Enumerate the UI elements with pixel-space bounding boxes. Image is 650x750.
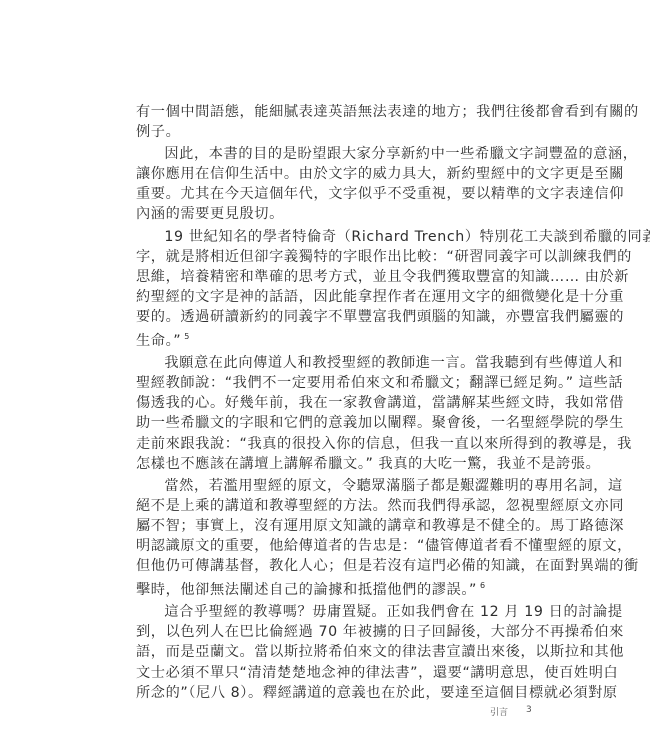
text-line: 屬不智；事實上，沒有運用原文知識的講章和教導是不健全的。馬丁路德深	[136, 516, 530, 536]
text-line: 當然，若濫用聖經的原文，令聽眾滿腦子都是艱澀難明的專用名詞，這	[136, 476, 530, 496]
text-line: 明認識原文的重要，他給傳道者的告忠是：“儘管傳道者看不懂聖經的原文，	[136, 536, 530, 556]
text-line: 我願意在此向傳道人和教授聖經的教師進一言。當我聽到有些傳道人和	[136, 353, 530, 373]
text-line: 19 世紀知名的學者特倫奇（Richard Trench）特別花工夫談到希臘的同…	[136, 227, 530, 247]
paragraph-6: 這合乎聖經的教導嗎？毋庸置疑。正如我們會在 12 月 19 日的討論提 到，以色…	[136, 602, 530, 702]
text-line: 文士必須不單只“清清楚楚地念神的律法書”，還要“講明意思，使百姓明白	[136, 663, 530, 683]
text-line: 走前來跟我說：“我真的很投入你的信息，但我一直以來所得到的教導是，我	[136, 434, 530, 454]
text-line: 例子。	[136, 122, 530, 142]
text-line: 怎樣也不應該在講壇上講解希臘文。” 我真的大吃一驚，我並不是誇張。	[136, 454, 530, 474]
paragraph-5: 當然，若濫用聖經的原文，令聽眾滿腦子都是艱澀難明的專用名詞，這 絕不是上乘的講道…	[136, 476, 530, 601]
paragraph-1: 有一個中間語態，能細膩表達英語無法表達的地方；我們往後都會看到有關的 例子。	[136, 102, 530, 142]
text-line: 到，以色列人在巴比倫經過 70 年被擄的日子回歸後，大部分不再操希伯來	[136, 622, 530, 642]
footnote-marker: 5	[184, 332, 190, 341]
text-line: 重要。尤其在今天這個年代，文字似乎不受重視，要以精準的文字表達信仰	[136, 184, 530, 204]
text-line: 絕不是上乘的講道和教導聖經的方法。然而我們得承認，忽視聖經原文亦同	[136, 496, 530, 516]
text-line-content: 生命。”	[136, 333, 181, 349]
book-page: 有一個中間語態，能細膩表達英語無法表達的地方；我們往後都會看到有關的 例子。 因…	[0, 0, 650, 750]
paragraph-4: 我願意在此向傳道人和教授聖經的教師進一言。當我聽到有些傳道人和 聖經教師說：“我…	[136, 353, 530, 474]
body-text: 有一個中間語態，能細膩表達英語無法表達的地方；我們往後都會看到有關的 例子。 因…	[136, 102, 530, 705]
text-line: 所念的”（尼八 8）。釋經講道的意義也在於此，要達至這個目標就必須對原	[136, 683, 530, 703]
text-line: 要的。透過研讀新約的同義字不單豐富我們頭腦的知識，亦豐富我們屬靈的	[136, 307, 530, 327]
text-line: 助一些希臘文的字眼和它們的意義加以闡釋。聚會後，一名聖經學院的學生	[136, 413, 530, 433]
text-line-content: 擊時，他卻無法闡述自己的論據和抵擋他們的謬誤。”	[136, 582, 477, 598]
text-line: 擊時，他卻無法闡述自己的論據和抵擋他們的謬誤。”6	[136, 576, 530, 600]
text-line: 讓你應用在信仰生活中。由於文字的威力具大，新約聖經中的文字更是至關	[136, 164, 530, 184]
page-footer: 引言 3	[480, 704, 540, 720]
text-line: 但他仍可傳講基督，教化人心；但是若沒有這門必備的知識，在面對異端的衝	[136, 556, 530, 576]
text-line: 有一個中間語態，能細膩表達英語無法表達的地方；我們往後都會看到有關的	[136, 102, 530, 122]
text-line: 字，就是將相近但卻字義獨特的字眼作出比較：“研習同義字可以訓練我們的	[136, 247, 530, 267]
paragraph-2: 因此，本書的目的是盼望跟大家分享新約中一些希臘文字詞豐盈的意涵， 讓你應用在信仰…	[136, 144, 530, 224]
text-line: 內涵的需要更見殷切。	[136, 204, 530, 224]
text-line: 傷透我的心。好幾年前，我在一家教會講道，當講解某些經文時，我如常借	[136, 393, 530, 413]
page-number: 3	[526, 705, 532, 715]
text-line: 因此，本書的目的是盼望跟大家分享新約中一些希臘文字詞豐盈的意涵，	[136, 144, 530, 164]
text-line: 約聖經的文字是神的話語，因此能拿捏作者在運用文字的細微變化是十分重	[136, 287, 530, 307]
text-line: 這合乎聖經的教導嗎？毋庸置疑。正如我們會在 12 月 19 日的討論提	[136, 602, 530, 622]
text-line: 思維，培養精密和準確的思考方式，並且令我們獲取豐富的知識…… 由於新	[136, 267, 530, 287]
text-line: 聖經教師說：“我們不一定要用希伯來文和希臘文；翻譯已經足夠。” 這些話	[136, 373, 530, 393]
text-line: 生命。”5	[136, 327, 530, 351]
text-line: 語，而是亞蘭文。當以斯拉將希伯來文的律法書宣讀出來後，以斯拉和其他	[136, 642, 530, 662]
running-footer-section: 引言	[490, 705, 508, 718]
footnote-marker: 6	[480, 581, 486, 590]
paragraph-3: 19 世紀知名的學者特倫奇（Richard Trench）特別花工夫談到希臘的同…	[136, 227, 530, 352]
